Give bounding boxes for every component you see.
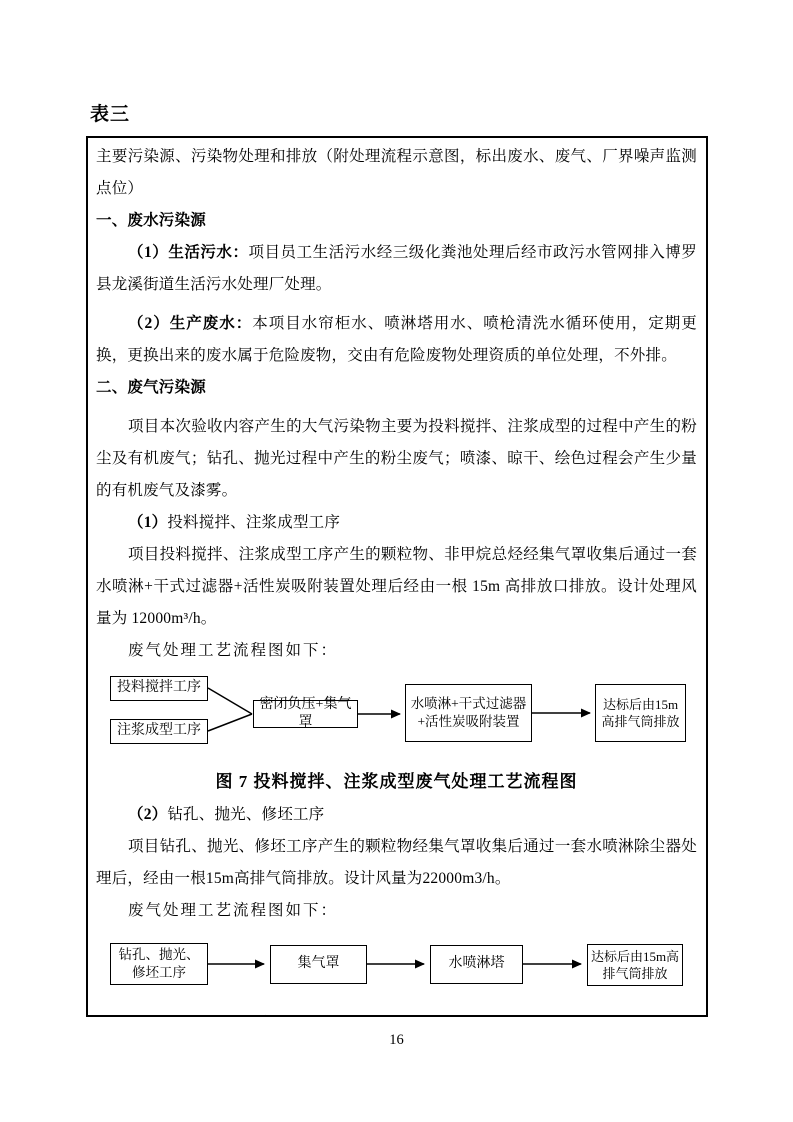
flow8-node-stack-discharge: 达标后由15m高排气筒排放: [587, 944, 683, 986]
pollution-sources-table: 主要污染源、污染物处理和排放（附处理流程示意图，标出废水、废气、厂界噪声监测点位…: [86, 136, 708, 1017]
flow7-node-slip-casting: 注浆成型工序: [110, 719, 208, 744]
table-header-row: 主要污染源、污染物处理和排放（附处理流程示意图，标出废水、废气、厂界噪声监测点位…: [96, 141, 697, 205]
paragraph-drilling-polishing-exhaust: 项目钻孔、抛光、修坯工序产生的颗粒物经集气罩收集后通过一套水喷淋除尘器处理后，经…: [96, 831, 697, 895]
section2-heading: 二、废气污染源: [96, 372, 697, 404]
paragraph-domestic-sewage: （1）生活污水：项目员工生活污水经三级化粪池处理后经市政污水管网排入博罗县龙溪街…: [96, 237, 697, 301]
paragraph-domestic-sewage-lead: （1）生活污水：: [128, 244, 249, 261]
flow7-node-spray-filter-carbon: 水喷淋+干式过滤器+活性炭吸附装置: [405, 684, 532, 742]
paragraph-mixing-molding-exhaust: 项目投料搅拌、注浆成型工序产生的颗粒物、非甲烷总烃经集气罩收集后通过一套水喷淋+…: [96, 539, 697, 635]
flowchart8-intro-line: 废气处理工艺流程图如下：: [96, 895, 697, 927]
paragraph-production-wastewater: （2）生产废水：本项目水帘柜水、喷淋塔用水、喷枪清洗水循环使用，定期更换，更换出…: [96, 308, 697, 372]
flowchart7-intro-line: 废气处理工艺流程图如下：: [96, 635, 697, 667]
document-page: 表三 主要污染源、污染物处理和排放（附处理流程示意图，标出废水、废气、厂界噪声监…: [0, 0, 793, 1122]
paragraph-air-pollutants-intro: 项目本次验收内容产生的大气污染物主要为投料搅拌、注浆成型的过程中产生的粉尘及有机…: [96, 411, 697, 507]
paragraph-production-wastewater-lead: （2）生产废水：: [128, 315, 252, 332]
connector-source2-to-collector: [208, 714, 252, 731]
flowchart-figure7: 投料搅拌工序 注浆成型工序 密闭负压+集气罩 水喷淋+干式过滤器+活性炭吸附装置…: [96, 669, 697, 756]
section1-heading: 一、废水污染源: [96, 205, 697, 237]
flowchart-figure8: 钻孔、抛光、修坯工序 集气罩 水喷淋塔 达标后由15m高排气筒排放: [96, 927, 697, 994]
subsection2-number: （2）: [128, 806, 167, 823]
subsection1-name: 投料搅拌、注浆成型工序: [167, 514, 340, 531]
figure7-caption: 图 7 投料搅拌、注浆成型废气处理工艺流程图: [96, 767, 697, 797]
subsection2-name: 钻孔、抛光、修坯工序: [167, 806, 324, 823]
table-number-heading: 表三: [90, 99, 130, 126]
figure8-caption: 图 8 钻孔、抛光、修坯废气处理工艺流程图: [96, 1010, 697, 1017]
flow7-node-stack-discharge: 达标后由15m高排气筒排放: [595, 684, 686, 742]
flow8-node-gas-collecting-hood: 集气罩: [270, 945, 367, 984]
flow8-node-water-spray-tower: 水喷淋塔: [430, 945, 523, 984]
subsection2-title: （2）钻孔、抛光、修坯工序: [96, 799, 697, 831]
flow7-node-gas-collecting-hood: 密闭负压+集气罩: [253, 700, 358, 728]
flow7-node-feed-mixing: 投料搅拌工序: [110, 676, 208, 701]
connector-source1-to-collector: [208, 688, 252, 714]
subsection1-title: （1）投料搅拌、注浆成型工序: [96, 507, 697, 539]
subsection1-number: （1）: [128, 514, 167, 531]
page-number: 16: [0, 1032, 793, 1049]
flow8-node-drilling-polishing: 钻孔、抛光、修坯工序: [110, 943, 208, 985]
